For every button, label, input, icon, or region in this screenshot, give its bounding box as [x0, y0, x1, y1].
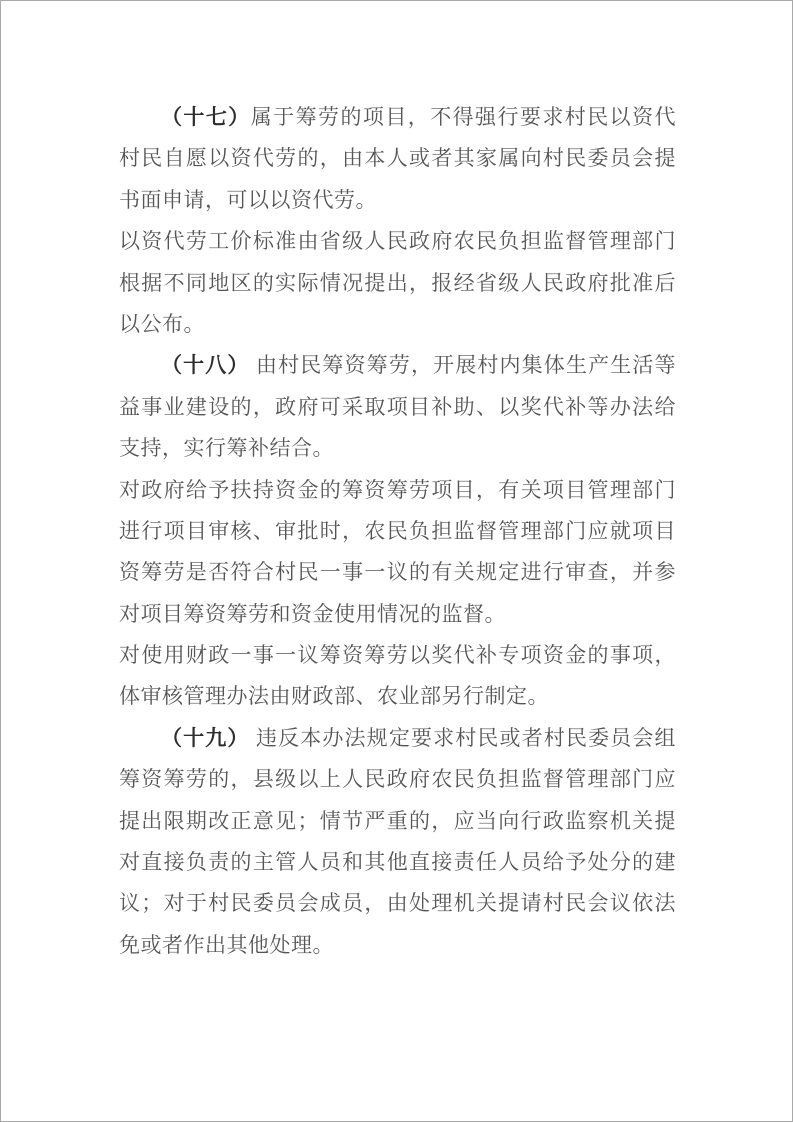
text-line: 村民自愿以资代劳的，由本人或者其家属向村民委员会提出: [119, 138, 676, 179]
text-line: （十八） 由村民筹资筹劳，开展村内集体生产生活等公: [119, 345, 676, 386]
text-line: 益事业建设的，政府可采取项目补助、以奖代补等办法给予: [119, 387, 676, 428]
text-line: 筹资筹劳的，县级以上人民政府农民负担监督管理部门应当: [119, 759, 676, 800]
text-line: 支持，实行筹补结合。: [119, 428, 676, 469]
text-line: 对项目筹资筹劳和资金使用情况的监督。: [119, 594, 676, 635]
clause-number: （十八）: [161, 353, 250, 377]
paragraph-clause-17-wage-standard: 以资代劳工价标准由省级人民政府农民负担监督管理部门根据不同地区的实际情况提出，报…: [119, 221, 676, 345]
paragraph-clause-17: （十七）属于筹劳的项目，不得强行要求村民以资代劳。村民自愿以资代劳的，由本人或者…: [119, 97, 676, 221]
text-line: 根据不同地区的实际情况提出，报经省级人民政府批准后予: [119, 263, 676, 304]
text-line: 议；对于村民委员会成员，由处理机关提请村民会议依法罢: [119, 883, 676, 924]
clause-number: （十七）: [161, 105, 251, 129]
text-line: （十九） 违反本办法规定要求村民或者村民委员会组织: [119, 718, 676, 759]
document-page: （十七）属于筹劳的项目，不得强行要求村民以资代劳。村民自愿以资代劳的，由本人或者…: [0, 0, 793, 1122]
document-body: （十七）属于筹劳的项目，不得强行要求村民以资代劳。村民自愿以资代劳的，由本人或者…: [119, 97, 676, 966]
text-line: 以资代劳工价标准由省级人民政府农民负担监督管理部门: [119, 221, 676, 262]
paragraph-clause-18: （十八） 由村民筹资筹劳，开展村内集体生产生活等公益事业建设的，政府可采取项目补…: [119, 345, 676, 469]
paragraph-clause-18-project-review: 对政府给予扶持资金的筹资筹劳项目，有关项目管理部门在进行项目审核、审批时，农民负…: [119, 470, 676, 636]
text-line: 对使用财政一事一议筹资筹劳以奖代补专项资金的事项，具: [119, 635, 676, 676]
text-line: 对政府给予扶持资金的筹资筹劳项目，有关项目管理部门在: [119, 470, 676, 511]
text-line: 对直接负责的主管人员和其他直接责任人员给予处分的建: [119, 842, 676, 883]
text-line: 书面申请，可以以资代劳。: [119, 180, 676, 221]
text-line: 体审核管理办法由财政部、农业部另行制定。: [119, 676, 676, 717]
text-line: 资筹劳是否符合村民一事一议的有关规定进行审查，并参与: [119, 552, 676, 593]
text-line: 免或者作出其他处理。: [119, 925, 676, 966]
text-line: 提出限期改正意见；情节严重的，应当向行政监察机关提出: [119, 801, 676, 842]
text-line: 以公布。: [119, 304, 676, 345]
paragraph-clause-19: （十九） 违反本办法规定要求村民或者村民委员会组织筹资筹劳的，县级以上人民政府农…: [119, 718, 676, 966]
clause-number: （十九）: [161, 726, 250, 750]
text-line: （十七）属于筹劳的项目，不得强行要求村民以资代劳。: [119, 97, 676, 138]
text-line: 进行项目审核、审批时，农民负担监督管理部门应就项目筹: [119, 511, 676, 552]
paragraph-clause-18-special-funds: 对使用财政一事一议筹资筹劳以奖代补专项资金的事项，具体审核管理办法由财政部、农业…: [119, 635, 676, 718]
